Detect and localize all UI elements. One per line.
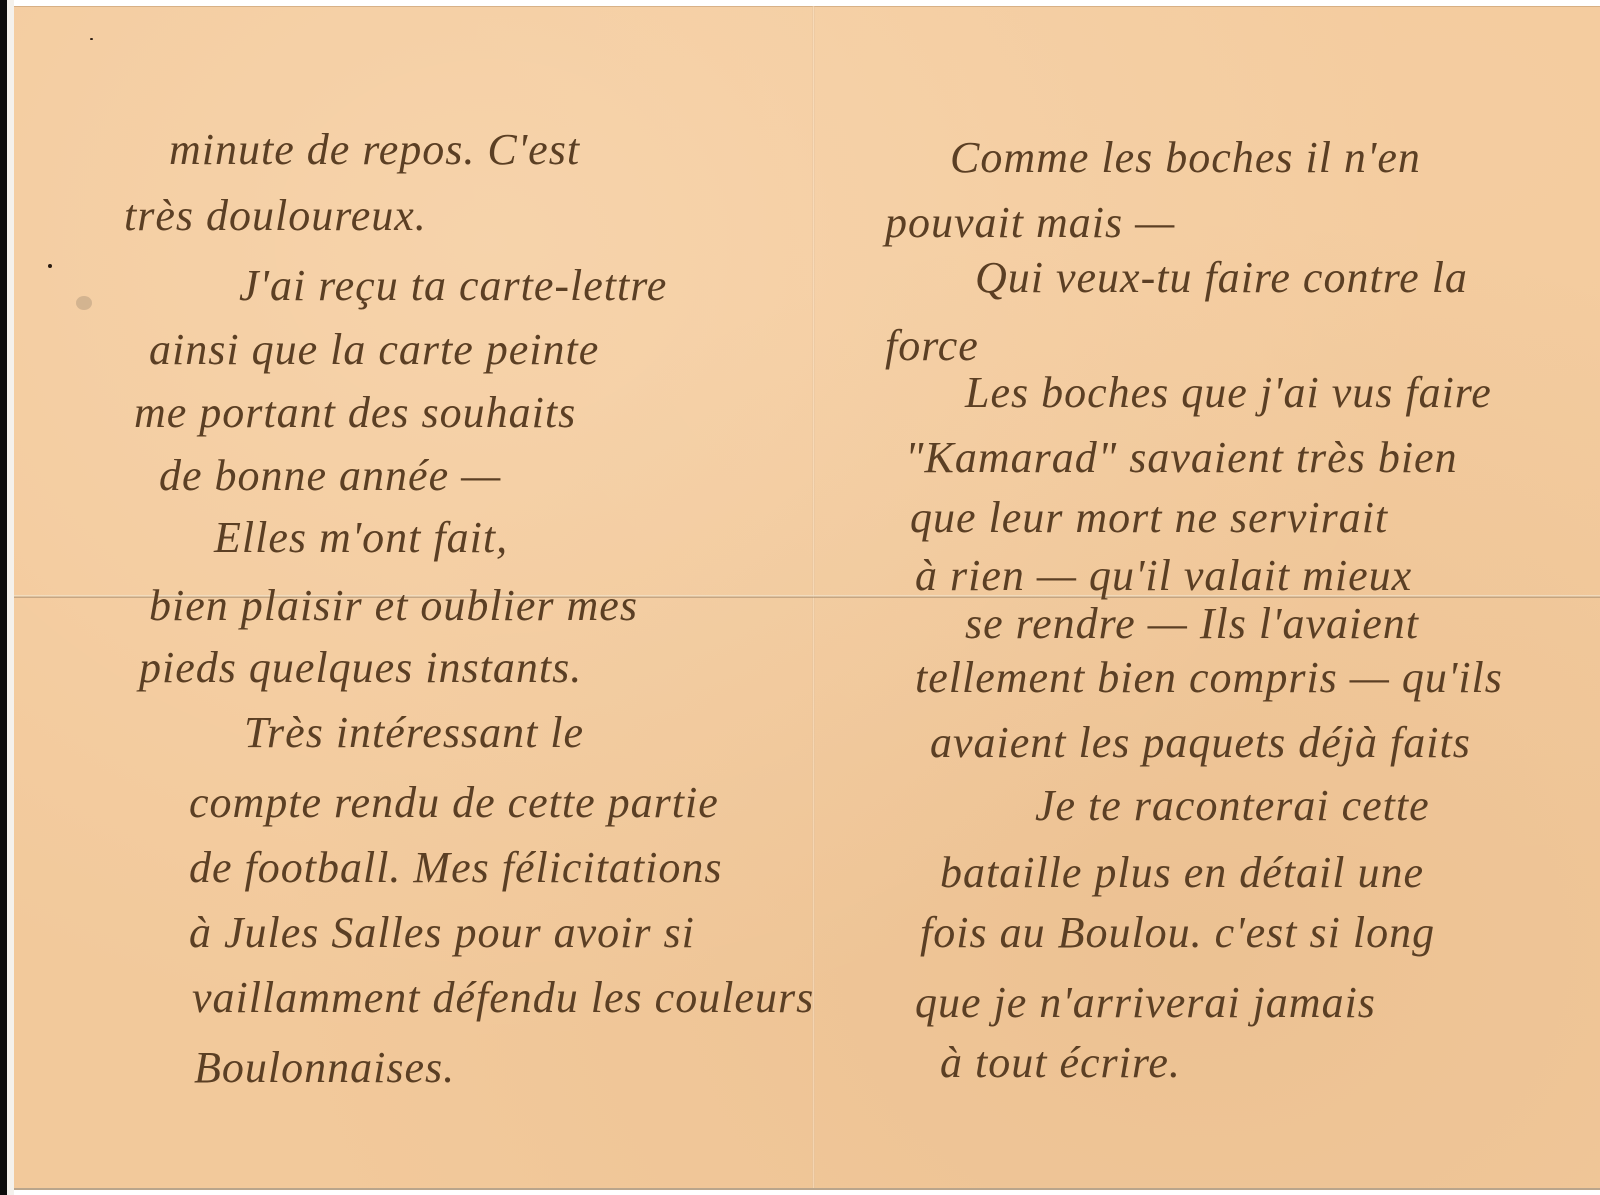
right-line-7: que leur mort ne servirait — [910, 496, 1388, 540]
right-line-9: se rendre — Ils l'avaient — [965, 602, 1419, 646]
right-page: Comme les boches il n'en pouvait mais — … — [815, 6, 1600, 1188]
right-line-15: que je n'arriverai jamais — [915, 981, 1376, 1025]
left-line-1: minute de repos. C'est — [169, 128, 580, 172]
scanner-light-edge — [7, 0, 14, 1195]
letter-paper: minute de repos. C'est très douloureux. … — [14, 6, 1600, 1190]
left-line-12: de football. Mes félicitations — [189, 846, 723, 890]
right-line-2: pouvait mais — — [885, 201, 1175, 245]
left-line-10: Très intéressant le — [244, 711, 584, 755]
right-line-5: Les boches que j'ai vus faire — [965, 371, 1492, 415]
scanned-letter: minute de repos. C'est très douloureux. … — [0, 0, 1600, 1195]
left-line-7: Elles m'ont fait, — [214, 516, 508, 560]
right-line-8: à rien — qu'il valait mieux — [915, 554, 1412, 598]
left-line-14: vaillamment défendu les couleurs — [192, 976, 814, 1020]
right-line-13: bataille plus en détail une — [940, 851, 1424, 895]
left-line-8: bien plaisir et oublier mes — [149, 584, 638, 628]
right-line-4: force — [885, 324, 979, 368]
left-line-4: ainsi que la carte peinte — [149, 328, 599, 372]
right-line-6: "Kamarad" savaient très bien — [905, 436, 1458, 480]
left-line-3: J'ai reçu ta carte-lettre — [239, 264, 667, 308]
right-line-3: Qui veux-tu faire contre la — [975, 256, 1468, 300]
right-line-11: avaient les paquets déjà faits — [930, 721, 1471, 765]
right-line-16: à tout écrire. — [940, 1041, 1181, 1085]
left-page: minute de repos. C'est très douloureux. … — [14, 6, 812, 1188]
right-line-12: Je te raconterai cette — [1035, 784, 1430, 828]
right-line-14: fois au Boulou. c'est si long — [920, 911, 1435, 955]
left-line-2: très douloureux. — [124, 194, 427, 238]
scanner-dark-edge — [0, 0, 7, 1195]
left-line-11: compte rendu de cette partie — [189, 781, 719, 825]
left-line-9: pieds quelques instants. — [139, 646, 582, 690]
right-line-1: Comme les boches il n'en — [950, 136, 1421, 180]
left-line-15: Boulonnaises. — [194, 1046, 455, 1090]
left-line-13: à Jules Salles pour avoir si — [189, 911, 695, 955]
right-line-10: tellement bien compris — qu'ils — [915, 656, 1503, 700]
left-line-6: de bonne année — — [159, 454, 501, 498]
left-line-5: me portant des souhaits — [134, 391, 576, 435]
